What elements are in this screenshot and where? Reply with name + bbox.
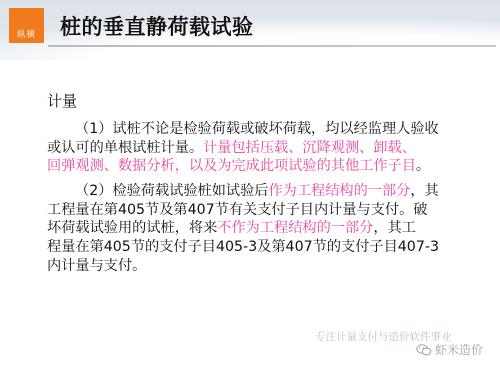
text-line: 坏荷载试验用的试桩，将来不作为工程结构的一部分，其工 [47,219,467,238]
text-segment: 。 [416,158,430,174]
text-line: 程量在第405节的支付子目405-3及第407节的支付子目407-3 [47,238,467,257]
text-segment: ，其 [410,183,438,199]
text-line: 工程量在第405节及第407节有关支付子目内计量与支付。破 [47,201,467,220]
text-line: （2）检验荷载试验桩如试验后作为工程结构的一部分，其 [47,182,467,201]
text-segment: ，其工 [373,220,416,236]
paragraph-2: （2）检验荷载试验桩如试验后作为工程结构的一部分，其 工程量在第405节及第40… [47,182,467,276]
highlighted-text: 作为工程结构的一部分 [268,183,410,199]
highlighted-text: 回弹观测、数据分析，以及为完成此项试验的其他工作子目 [47,158,416,174]
title-divider [48,45,496,47]
paragraph-1: （1）试桩不论是检验荷载或破坏荷载，均以经监理人验收 或认可的单根试桩计量。计量… [47,120,467,176]
highlighted-text: 不作为工程结构的一部分 [217,220,373,236]
text-segment: 程量在第405节的支付子目405-3及第407节的支付子目407-3 [47,239,439,255]
text-line: 或认可的单根试桩计量。计量包括压载、沉降观测、卸载、 [47,139,467,158]
watermark-text: 虾米造价 [435,341,483,358]
logo-text: 纵横 [17,31,36,40]
text-line: （1）试桩不论是检验荷载或破坏荷载，均以经监理人验收 [47,120,467,139]
page-title: 桩的垂直静荷载试验 [60,11,254,41]
text-segment: 内计量与支付。 [47,258,146,274]
text-line: 回弹观测、数据分析，以及为完成此项试验的其他工作子目。 [47,157,467,176]
text-line: 内计量与支付。 [47,257,467,276]
text-segment: 或认可的单根试桩计量。 [47,140,203,156]
watermark: 虾米造价 [416,341,483,358]
text-segment: （2）检验荷载试验桩如试验后 [75,183,268,199]
wechat-icon [416,344,432,356]
highlighted-text: 计量包括压载、沉降观测、卸载、 [203,140,416,156]
section-heading: 计量 [47,90,77,111]
logo: 纵横 [9,8,44,43]
text-segment: 坏荷载试验用的试桩，将来 [47,220,217,236]
text-segment: 工程量在第405节及第407节有关支付子目内计量与支付。破 [47,202,427,218]
text-segment: （1）试桩不论是检验荷载或破坏荷载，均以经监理人验收 [75,121,439,137]
